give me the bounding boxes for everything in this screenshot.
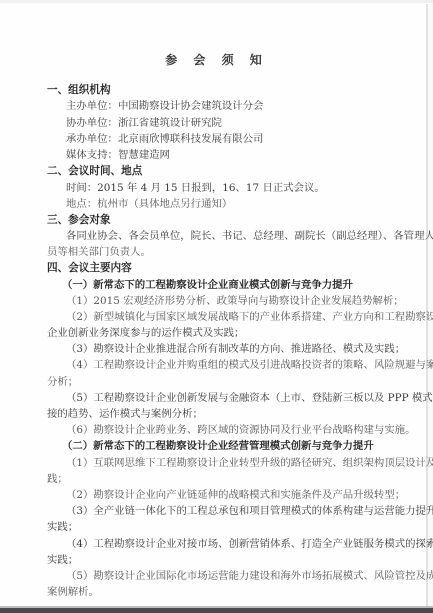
content-item-continuation: 分析； — [47, 376, 78, 389]
meeting-time: 时间：2015 年 4 月 15 日报到，16、17 日正式会议。 — [66, 182, 325, 195]
attendees-line-1: 各同业协会、各会员单位，院长、书记、总经理、副院长（副总经理）、各管理人 — [66, 230, 433, 243]
content-item: （2）新型城镇化与国家区域发展战略下的产业体系搭建、产业方向和工程勘察设计 — [66, 311, 433, 324]
document-page: 参 会 须 知 一、组织机构 主办单位：中国勘察设计协会建筑设计分会 协办单位：… — [0, 0, 433, 613]
section-heading-organization: 一、组织机构 — [47, 84, 111, 97]
content-item: （2）勘察设计企业向产业链延伸的战略模式和实施条件及产品升级转型； — [66, 489, 405, 502]
section-heading-time-place: 二、会议时间、地点 — [47, 165, 142, 178]
section-heading-attendees: 三、参会对象 — [47, 214, 111, 227]
organizer-undertaker: 承办单位：北京雨欣博联科技发展有限公司 — [66, 133, 263, 146]
content-item-continuation: 实践； — [47, 521, 78, 534]
organizer-media: 媒体支持：智慧建造网 — [66, 149, 170, 162]
content-item-continuation: 实践； — [47, 554, 78, 567]
content-item: （1）2015 宏观经济形势分析、政策导向与勘察设计企业发展趋势解析； — [66, 295, 404, 308]
content-item-continuation: 践； — [47, 473, 68, 486]
scan-bottom-edge — [0, 608, 433, 613]
subsection-heading-business-model: （一）新常态下的工程勘察设计企业商业模式创新与竞争力提升 — [62, 279, 353, 292]
content-item: （1）互联网思维下工程勘察设计企业转型升级的路径研究、组织架构顶层设计及实 — [66, 457, 433, 470]
content-item: （6）勘察设计企业跨业务、跨区域的资源协同及行业平台战略构建与实施。 — [66, 424, 416, 437]
meeting-place: 地点：杭州市（具体地点另行通知） — [66, 198, 232, 211]
content-item: （3）全产业链一体化下的工程总承包和项目管理模式的体系构建与运营能力提升及 — [66, 505, 433, 518]
document-title: 参 会 须 知 — [0, 51, 433, 68]
content-item: （4）工程勘察设计企业对接市场、创新营销体系、打造全产业链服务模式的探索与 — [66, 538, 433, 551]
content-item: （5）勘察设计企业国际化市场运营能力建设和海外市场拓展模式、风险管控及成功 — [66, 570, 433, 583]
attendees-line-2: 员等相关部门负责人。 — [47, 246, 151, 259]
content-item-continuation: 接的趋势、运作模式与案例分析； — [47, 408, 203, 421]
content-item-continuation: 企业创新业务深度参与的运作模式及实践； — [47, 327, 244, 340]
section-heading-main-content: 四、会议主要内容 — [47, 262, 132, 275]
organizer-host: 主办单位：中国勘察设计协会建筑设计分会 — [66, 100, 263, 113]
content-item: （5）工程勘察设计企业创新发展与金融资本（上市、登陆新三板以及 PPP 模式）对 — [66, 392, 433, 405]
subsection-heading-management-model: （二）新常态下的工程勘察设计企业经营管理模式创新与竞争力提升 — [62, 440, 374, 453]
scan-top-edge — [0, 0, 433, 3]
content-item: （4）工程勘察设计企业并购重组的模式及引进战略投资者的策略、风险规避与案例 — [66, 359, 433, 372]
content-item-continuation: 案例解析。 — [47, 586, 99, 599]
content-item: （3）勘察设计企业推进混合所有制改革的方向、推进路径、模式及实践； — [66, 343, 405, 356]
organizer-co-host: 协办单位：浙江省建筑设计研究院 — [66, 117, 222, 130]
